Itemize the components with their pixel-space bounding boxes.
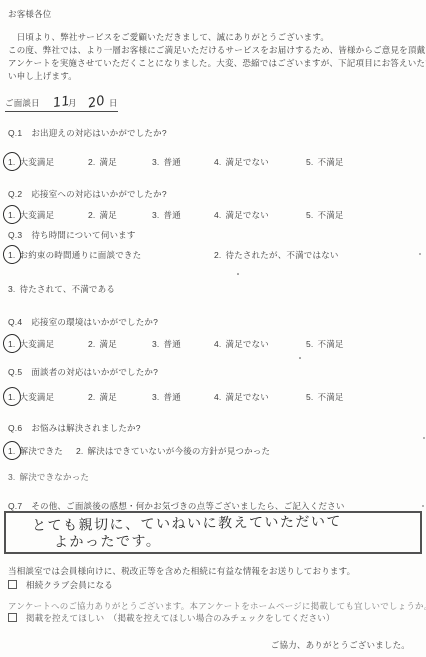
question-5-number: Q.5 [8, 367, 22, 377]
q6-option-1: 1.解決できた [8, 445, 63, 457]
q1-option-3: 3.普通 [152, 156, 181, 168]
q3-option-1: 1.お約束の時間通りに面談できた [8, 249, 141, 261]
question-1-options: 1.大変満足 2.満足 3.普通 4.満足でない 5.不満足 [0, 156, 426, 170]
checkbox-decline-publication-label: 掲載を控えてほしい （掲載を控えてほしい場合のみチェックをしてください） [26, 613, 335, 623]
scan-speck [422, 505, 424, 507]
q4-option-1: 1.大変満足 [8, 338, 54, 350]
question-5-title: Q.5面談者の対応はいかがでしたか? [8, 366, 158, 378]
checkbox-decline-publication [8, 613, 17, 622]
question-6-options-row1: 1.解決できた 2.解決はできていないが今後の方針が見つかった [0, 445, 426, 459]
question-7-number: Q.7 [8, 501, 22, 511]
q3-option-2: 2.待たされたが、不満ではない [214, 249, 339, 261]
scanned-survey-document: お客様各位 日頃より、弊社サービスをご愛顧いただきまして、誠にありがとうございま… [0, 0, 426, 657]
q4-option-4: 4.満足でない [214, 338, 269, 350]
q5-option-5: 5.不満足 [306, 391, 344, 403]
intro-line-3: アンケートを実施させていただくことになりました。大変、恐縮ではございますが、下記… [8, 57, 426, 69]
footer-checkbox1-row: 相続クラブ会員になる [8, 579, 113, 591]
question-1-number: Q.1 [8, 128, 22, 138]
scan-speck [423, 437, 425, 439]
q2-option-4: 4.満足でない [214, 209, 269, 221]
q3-option-3: 3.待たされて、不満である [8, 283, 115, 295]
question-2-options: 1.大変満足 2.満足 3.普通 4.満足でない 5.不満足 [0, 209, 426, 223]
interview-date-label: ご面談日 [5, 97, 40, 109]
intro-line-4: い申し上げます。 [8, 70, 77, 82]
question-6-number: Q.6 [8, 423, 22, 433]
question-3-options-row1: 1.お約束の時間通りに面談できた 2.待たされたが、不満ではない [0, 249, 426, 263]
question-2-number: Q.2 [8, 189, 22, 199]
q1-option-2: 2.満足 [88, 156, 117, 168]
scan-speck [237, 273, 239, 275]
selected-circle-mark [2, 150, 22, 171]
question-3-options-row2: 3.待たされて、不満である [0, 283, 426, 297]
q1-option-5: 5.不満足 [306, 156, 344, 168]
intro-line-2: この度、弊社では、より一層お客様にご満足いただけるサービスをお届けするため、皆様… [8, 44, 426, 56]
closing-thanks: ご協力、ありがとうございました。 [271, 639, 410, 651]
q2-option-1: 1.大変満足 [8, 209, 54, 221]
selected-circle-mark [2, 243, 22, 264]
selected-circle-mark [2, 439, 22, 460]
handwritten-comment-line-2: よかったです。 [54, 531, 162, 552]
salutation: お客様各位 [8, 8, 52, 20]
q4-option-2: 2.満足 [88, 338, 117, 350]
selected-circle-mark [2, 332, 22, 353]
scan-speck [419, 253, 421, 255]
day-suffix: 日 [109, 97, 118, 109]
selected-circle-mark [2, 203, 22, 224]
question-2-title: Q.2応接室への対応はいかがでしたか? [8, 188, 167, 200]
question-6-title: Q.6お悩みは解決されましたか? [8, 422, 141, 434]
selected-circle-mark [2, 386, 21, 406]
q2-option-5: 5.不満足 [306, 209, 344, 221]
comment-box: とても親切に、ていねいに教えていただいて よかったです。 [4, 511, 422, 554]
question-3-number: Q.3 [8, 230, 22, 240]
q4-option-3: 3.普通 [152, 338, 181, 350]
question-4-options: 1.大変満足 2.満足 3.普通 4.満足でない 5.不満足 [0, 338, 426, 352]
checkbox-join-club [8, 580, 17, 589]
q5-option-4: 4.満足でない [214, 391, 269, 403]
q5-option-1: 1.大変満足 [8, 391, 54, 403]
intro-line-1: 日頃より、弊社サービスをご愛顧いただきまして、誠にありがとうございます。 [8, 31, 329, 43]
month-suffix: 月 [68, 97, 77, 109]
question-5-options: 1.大変満足 2.満足 3.普通 4.満足でない 5.不満足 [0, 391, 426, 405]
interview-date-row: ご面談日 11 月 20 日 [5, 94, 118, 112]
checkbox-join-club-label: 相続クラブ会員になる [26, 580, 113, 590]
q5-option-2: 2.満足 [88, 391, 117, 403]
q4-option-5: 5.不満足 [306, 338, 344, 350]
question-3-title: Q.3待ち時間について伺います [8, 229, 136, 241]
footer-info-text: 当相談室では会員様向けに、税改正等を含めた相続に有益な情報をお送りしております。 [8, 565, 355, 577]
question-1-title: Q.1お出迎えの対応はいかがでしたか? [8, 127, 167, 139]
q2-option-2: 2.満足 [88, 209, 117, 221]
question-4-number: Q.4 [8, 317, 22, 327]
q6-option-3: 3.解決できなかった [8, 471, 89, 483]
scan-speck [299, 357, 301, 359]
footer-permission-text: アンケートへのご協力ありがとうございます。本アンケートをホームページに掲載しても… [8, 600, 426, 612]
q1-option-4: 4.満足でない [214, 156, 269, 168]
q2-option-3: 3.普通 [152, 209, 181, 221]
q6-option-2: 2.解決はできていないが今後の方針が見つかった [76, 445, 270, 457]
question-6-options-row2: 3.解決できなかった [0, 471, 426, 485]
q1-option-1: 1.大変満足 [8, 156, 54, 168]
q5-option-3: 3.普通 [152, 391, 181, 403]
footer-checkbox2-row: 掲載を控えてほしい （掲載を控えてほしい場合のみチェックをしてください） [8, 612, 335, 624]
question-4-title: Q.4応接室の環境はいかがでしたか? [8, 316, 158, 328]
handwritten-day-value: 20 [87, 93, 107, 111]
